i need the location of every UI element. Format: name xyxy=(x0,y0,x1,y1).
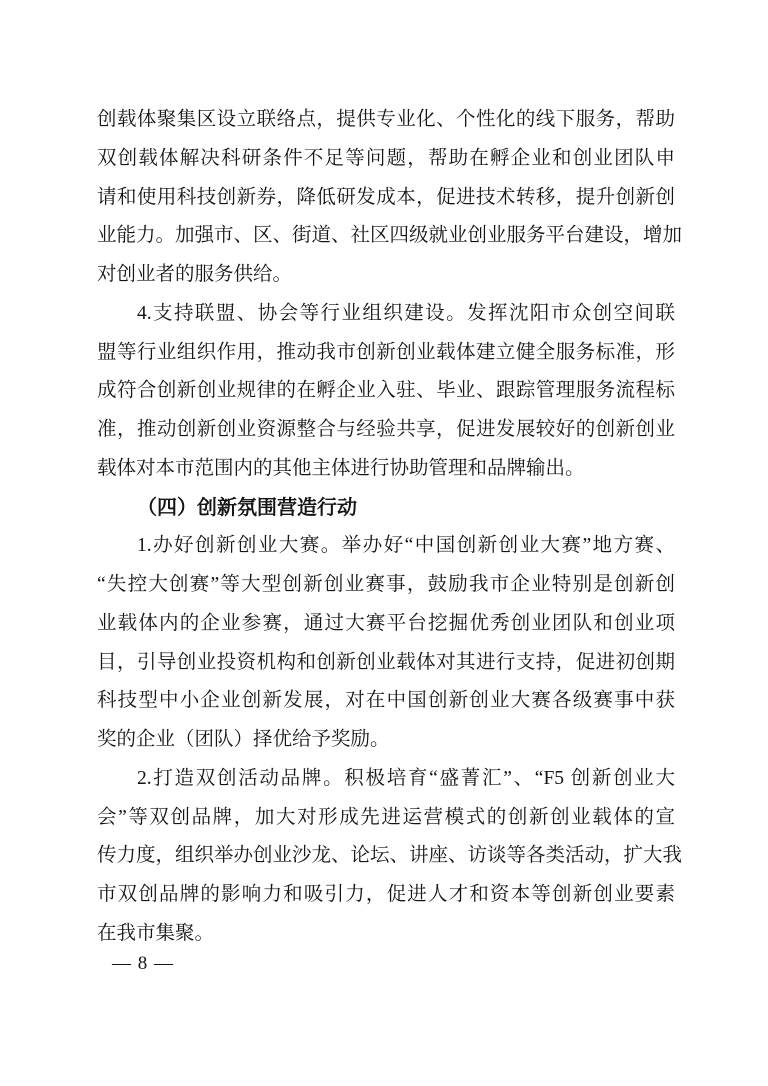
text-line: 传力度，组织举办创业沙龙、论坛、讲座、访谈等各类活动，扩大我 xyxy=(97,837,675,876)
document-page: 创载体聚集区设立联络点，提供专业化、个性化的线下服务，帮助双创载体解决科研条件不… xyxy=(0,0,768,1086)
text-line: 会”等双创品牌，加大对形成先进运营模式的创新创业载体的宣 xyxy=(97,799,675,838)
text-line: 市双创品牌的影响力和吸引力，促进人才和资本等创新创业要素 xyxy=(97,876,675,915)
text-line: 对创业者的服务供给。 xyxy=(97,256,675,295)
text-line: 载体对本市范围内的其他主体进行协助管理和品牌输出。 xyxy=(97,450,675,489)
text-line: 1.办好创新创业大赛。举办好“中国创新创业大赛”地方赛、 xyxy=(97,527,675,566)
paragraph-continuation: 创载体聚集区设立联络点，提供专业化、个性化的线下服务，帮助双创载体解决科研条件不… xyxy=(97,101,675,295)
page-number: — 8 — xyxy=(112,949,174,979)
text-line: 准，推动创新创业资源整合与经验共享，促进发展较好的创新创业 xyxy=(97,411,675,450)
text-line: 成符合创新创业规律的在孵企业入驻、毕业、跟踪管理服务流程标 xyxy=(97,372,675,411)
text-line: 双创载体解决科研条件不足等问题，帮助在孵企业和创业团队申 xyxy=(97,140,675,179)
document-text-block: 创载体聚集区设立联络点，提供专业化、个性化的线下服务，帮助双创载体解决科研条件不… xyxy=(97,101,675,954)
text-line: 在我市集聚。 xyxy=(97,915,675,954)
text-line: 科技型中小企业创新发展，对在中国创新创业大赛各级赛事中获 xyxy=(97,682,675,721)
text-line: 业能力。加强市、区、街道、社区四级就业创业服务平台建设，增加 xyxy=(97,217,675,256)
text-line: 请和使用科技创新券，降低研发成本，促进技术转移，提升创新创 xyxy=(97,179,675,218)
text-line: 目，引导创业投资机构和创新创业载体对其进行支持，促进初创期 xyxy=(97,644,675,683)
section-heading-4: （四）创新氛围营造行动 xyxy=(97,489,675,528)
text-line: 业载体内的企业参赛，通过大赛平台挖掘优秀创业团队和创业项 xyxy=(97,605,675,644)
text-line: 创载体聚集区设立联络点，提供专业化、个性化的线下服务，帮助 xyxy=(97,101,675,140)
text-line: “失控大创赛”等大型创新创业赛事，鼓励我市企业特别是创新创 xyxy=(97,566,675,605)
paragraph-item-4: 4.支持联盟、协会等行业组织建设。发挥沈阳市众创空间联盟等行业组织作用，推动我市… xyxy=(97,295,675,489)
text-line: 奖的企业（团队）择优给予奖励。 xyxy=(97,721,675,760)
text-line: （四）创新氛围营造行动 xyxy=(97,489,675,528)
text-line: 4.支持联盟、协会等行业组织建设。发挥沈阳市众创空间联 xyxy=(97,295,675,334)
paragraph-item-2: 2.打造双创活动品牌。积极培育“盛菁汇”、“F5 创新创业大会”等双创品牌，加大… xyxy=(97,760,675,954)
paragraph-item-1: 1.办好创新创业大赛。举办好“中国创新创业大赛”地方赛、“失控大创赛”等大型创新… xyxy=(97,527,675,760)
text-line: 2.打造双创活动品牌。积极培育“盛菁汇”、“F5 创新创业大 xyxy=(97,760,675,799)
text-line: 盟等行业组织作用，推动我市创新创业载体建立健全服务标准，形 xyxy=(97,334,675,373)
